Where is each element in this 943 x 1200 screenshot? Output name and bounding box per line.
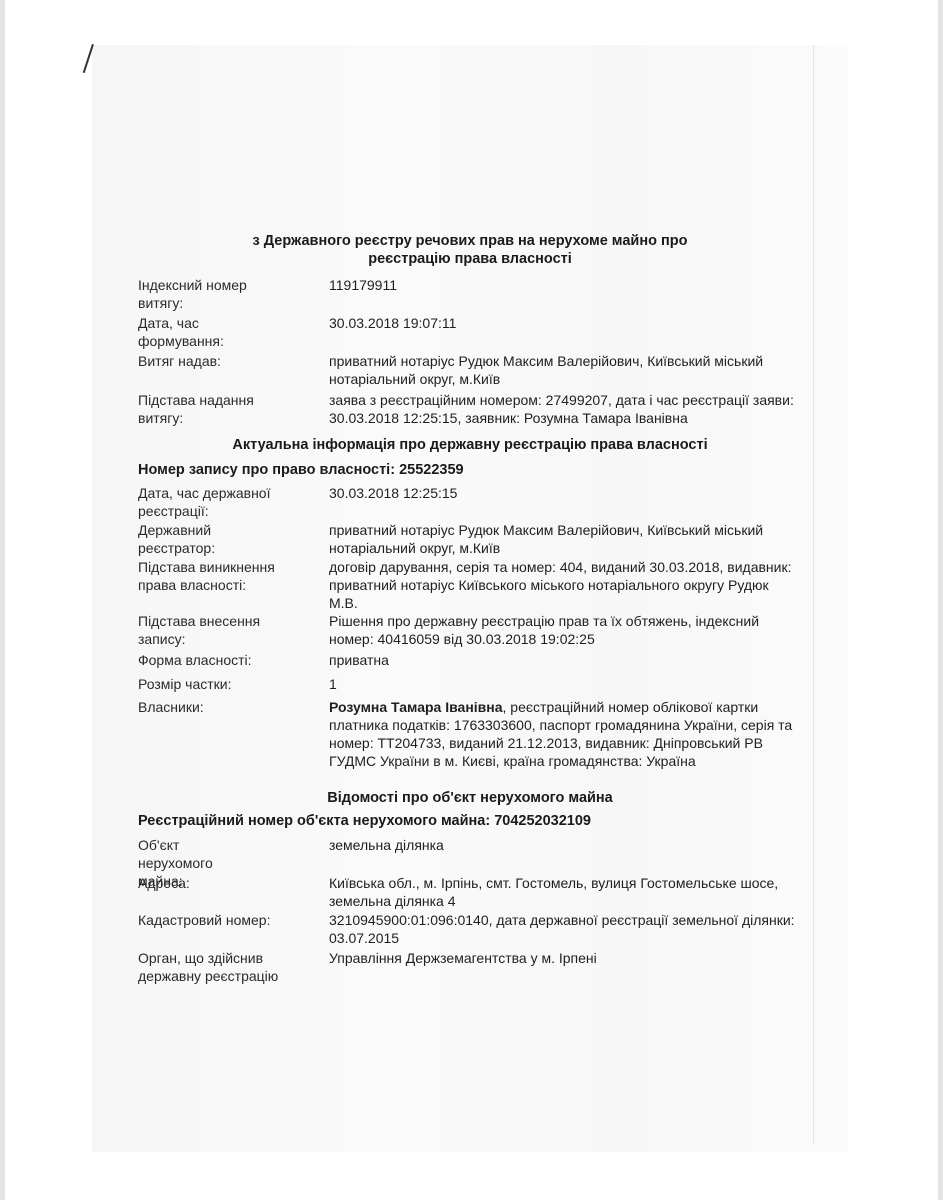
- field-value: договір дарування, серія та номер: 404, …: [329, 558, 799, 612]
- field-label: Дата, час державної реєстрації:: [138, 484, 303, 520]
- field-label: Дата, час формування:: [138, 314, 258, 350]
- field-label: Підстава виникнення права власності:: [138, 558, 298, 594]
- field-label: Індексний номер витягу:: [138, 276, 288, 312]
- title-line-2: реєстрацію права власності: [180, 250, 760, 268]
- field-value: приватна: [329, 651, 799, 669]
- owner-info: Розумна Тамара Іванівна, реєстраційний н…: [329, 698, 799, 770]
- field-label: Орган, що здійснив державну реєстрацію: [138, 949, 298, 985]
- field-value: 30.03.2018 19:07:11: [329, 314, 799, 332]
- property-section-heading: Відомості про об'єкт нерухомого майна: [140, 789, 800, 807]
- field-value: 119179911: [329, 276, 799, 294]
- field-label: Розмір частки:: [138, 675, 318, 693]
- field-label: Власники:: [138, 698, 318, 716]
- field-value: Управління Держземагентства у м. Ірпені: [329, 949, 799, 967]
- field-value: Рішення про державну реєстрацію прав та …: [329, 612, 799, 648]
- field-label: Державний реєстратор:: [138, 521, 248, 557]
- photo-frame-left: [0, 0, 5, 1200]
- reg-number-label: Реєстраційний номер об'єкта нерухомого м…: [138, 813, 490, 829]
- field-label: Адреса:: [138, 874, 318, 892]
- property-reg-number: Реєстраційний номер об'єкта нерухомого м…: [138, 812, 591, 830]
- field-value: Київська обл., м. Ірпінь, смт. Гостомель…: [329, 874, 799, 910]
- record-number-value: 25522359: [399, 462, 464, 478]
- ownership-section-heading: Актуальна інформація про державну реєстр…: [140, 436, 800, 454]
- field-label: Кадастровий номер:: [138, 911, 318, 929]
- field-label: Форма власності:: [138, 651, 318, 669]
- document-title: з Державного реєстру речових прав на нер…: [180, 232, 760, 268]
- field-value: приватний нотаріус Рудюк Максим Валерійо…: [329, 352, 799, 388]
- reg-number-value: 704252032109: [494, 813, 591, 829]
- title-line-1: з Державного реєстру речових прав на нер…: [180, 232, 760, 250]
- photo-frame-right: [938, 0, 943, 1200]
- record-number-label: Номер запису про право власності:: [138, 462, 395, 478]
- field-value: заява з реєстраційним номером: 27499207,…: [329, 391, 799, 427]
- field-label: Підстава внесення запису:: [138, 612, 288, 648]
- field-value: 3210945900:01:096:0140, дата державної р…: [329, 911, 799, 947]
- field-value: земельна ділянка: [329, 836, 799, 854]
- field-label: Підстава надання витягу:: [138, 391, 278, 427]
- field-label: Витяг надав:: [138, 352, 318, 370]
- paper-fold-line: [813, 45, 814, 1145]
- field-value: приватний нотаріус Рудюк Максим Валерійо…: [329, 521, 799, 557]
- owner-name: Розумна Тамара Іванівна: [329, 699, 503, 715]
- field-value: 1: [329, 675, 799, 693]
- ownership-record-number: Номер запису про право власності: 255223…: [138, 461, 464, 479]
- field-value: 30.03.2018 12:25:15: [329, 484, 799, 502]
